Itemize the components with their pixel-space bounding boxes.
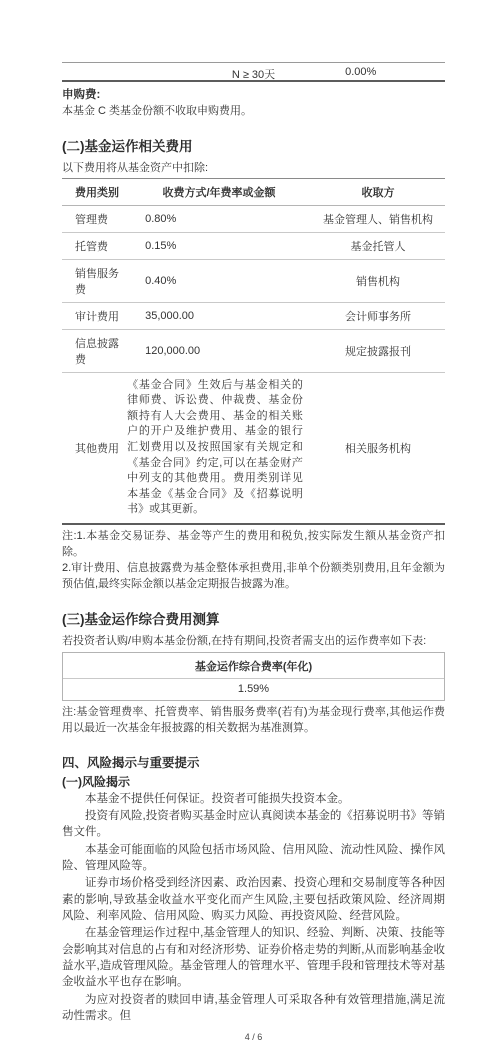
fee-cell-category: 托管费 [62, 238, 127, 254]
holding-period-rate: 0.00% [345, 66, 376, 78]
fee-cell-rate: 0.40% [127, 275, 311, 287]
risk-paragraph: 本基金可能面临的风险包括市场风险、信用风险、流动性风险、操作风险、管理风险等。 [62, 842, 445, 875]
subscription-fee-block: 申购费: 本基金 C 类基金份额不收取申购费用。 [62, 87, 445, 120]
risk-paragraph: 证券市场价格受到经济因素、政治因素、投资心理和交易制度等各种因素的影响,导致基金… [62, 875, 445, 924]
fee-cell-recipient: 会计师事务所 [311, 308, 445, 324]
section-risk-heading: 四、风险揭示与重要提示 [62, 753, 445, 771]
fee-cell-category: 其他费用 [62, 440, 127, 456]
fee-cell-recipient: 基金托管人 [311, 238, 445, 254]
fee-table-row-other: 其他费用 《基金合同》生效后与基金相关的律师费、诉讼费、仲裁费、基金份额持有人大… [62, 373, 445, 523]
subscription-fee-text: 本基金 C 类基金份额不收取申购费用。 [62, 104, 445, 120]
fee-cell-recipient: 规定披露报刊 [311, 343, 445, 359]
fee-cell-category: 审计费用 [62, 308, 127, 324]
fee-header-method: 收费方式/年费率或金额 [127, 184, 311, 200]
fee-cell-rate: 120,000.00 [127, 345, 311, 357]
fee-cell-recipient: 基金管理人、销售机构 [311, 211, 445, 227]
holding-period-condition: N ≥ 30天 [232, 66, 275, 82]
fee-cell-recipient: 相关服务机构 [311, 440, 445, 456]
section-operation-fees-intro: 以下费用将从基金资产中扣除: [62, 159, 445, 175]
fee-table-row: 审计费用 35,000.00 会计师事务所 [62, 303, 445, 330]
fee-cell-rate: 35,000.00 [127, 310, 311, 322]
fee-header-category: 费用类别 [62, 184, 127, 200]
fee-table-row: 托管费 0.15% 基金托管人 [62, 233, 445, 260]
risk-paragraph: 本基金不提供任何保证。投资者可能损失投资本金。 [62, 791, 445, 807]
comprehensive-fee-note: 注:基金管理费率、托管费率、销售服务费率(若有)为基金现行费率,其他运作费用以最… [62, 705, 445, 737]
section-comprehensive-fee-heading: (三)基金运作综合费用测算 [62, 608, 445, 628]
risk-paragraph: 投资有风险,投资者购买基金时应认真阅读本基金的《招募说明书》等销售文件。 [62, 808, 445, 841]
fee-table-row: 管理费 0.80% 基金管理人、销售机构 [62, 206, 445, 233]
holding-period-fee-table-row: N ≥ 30天 0.00% [62, 62, 445, 82]
section-operation-fees-heading: (二)基金运作相关费用 [62, 135, 445, 155]
comprehensive-fee-value: 1.59% [63, 679, 444, 700]
fee-cell-description: 《基金合同》生效后与基金相关的律师费、诉讼费、仲裁费、基金份额持有人大会费用、基… [127, 378, 311, 518]
fee-table-header-row: 费用类别 收费方式/年费率或金额 收取方 [62, 179, 445, 206]
section-comprehensive-fee-intro: 若投资者认购/申购本基金份额,在持有期间,投资者需支出的运作费率如下表: [62, 632, 445, 648]
fee-table-note-1: 注:1.本基金交易证券、基金等产生的费用和税负,按实际发生额从基金资产扣除。 [62, 529, 445, 561]
comprehensive-fee-header: 基金运作综合费率(年化) [63, 653, 444, 679]
fee-cell-rate: 0.80% [127, 213, 311, 225]
risk-paragraph: 为应对投资者的赎回申请,基金管理人可采取各种有效管理措施,满足流动性需求。但 [62, 992, 445, 1025]
fee-table-row: 销售服务费 0.40% 销售机构 [62, 260, 445, 303]
fee-header-recipient: 收取方 [311, 184, 445, 200]
fee-cell-category: 管理费 [62, 211, 127, 227]
fee-cell-category: 信息披露费 [62, 335, 127, 367]
document-page: N ≥ 30天 0.00% 申购费: 本基金 C 类基金份额不收取申购费用。 (… [0, 0, 500, 707]
fee-cell-rate: 0.15% [127, 240, 311, 252]
fee-table-row: 信息披露费 120,000.00 规定披露报刊 [62, 330, 445, 373]
fee-cell-category: 销售服务费 [62, 265, 127, 297]
fee-cell-recipient: 销售机构 [311, 273, 445, 289]
comprehensive-fee-table: 基金运作综合费率(年化) 1.59% [62, 652, 445, 701]
page-number: 4 / 6 [62, 1032, 445, 1042]
risk-paragraph: 在基金管理运作过程中,基金管理人的知识、经验、判断、决策、技能等会影响其对信息的… [62, 925, 445, 990]
operation-fees-table: 费用类别 收费方式/年费率或金额 收取方 管理费 0.80% 基金管理人、销售机… [62, 178, 445, 525]
fee-table-note-2: 2.审计费用、信息披露费为基金整体承担费用,非单个份额类别费用,且年金额为预估值… [62, 561, 445, 593]
subscription-fee-label: 申购费: [62, 87, 445, 104]
section-risk-subheading: (一)风险揭示 [62, 773, 445, 790]
